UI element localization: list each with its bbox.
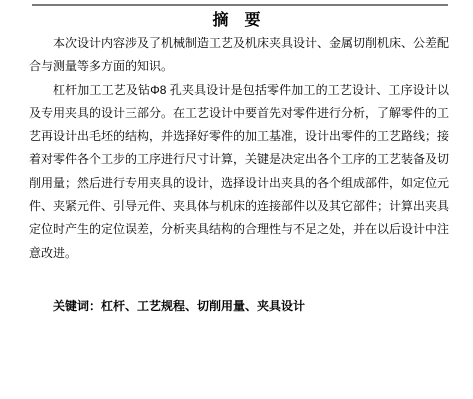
abstract-body: 本次设计内容涉及了机械制造工艺及机床夹具设计、金属切削机床、公差配合与测量等多方… [29, 32, 449, 318]
abstract-page: 摘 要 本次设计内容涉及了机械制造工艺及机床夹具设计、金属切削机床、公差配合与测… [0, 0, 473, 399]
keywords-line: 关键词：杠杆、工艺规程、切削用量、夹具设计 [29, 295, 449, 318]
paragraph-intro: 本次设计内容涉及了机械制造工艺及机床夹具设计、金属切削机床、公差配合与测量等多方… [29, 32, 449, 79]
paragraph-design-overview: 杠杆加工工艺及钻Φ8 孔夹具设计是包括零件加工的工艺设计、工序设计以及专用夹具的… [29, 79, 449, 265]
abstract-title: 摘 要 [0, 11, 473, 31]
header-divider [32, 4, 448, 6]
